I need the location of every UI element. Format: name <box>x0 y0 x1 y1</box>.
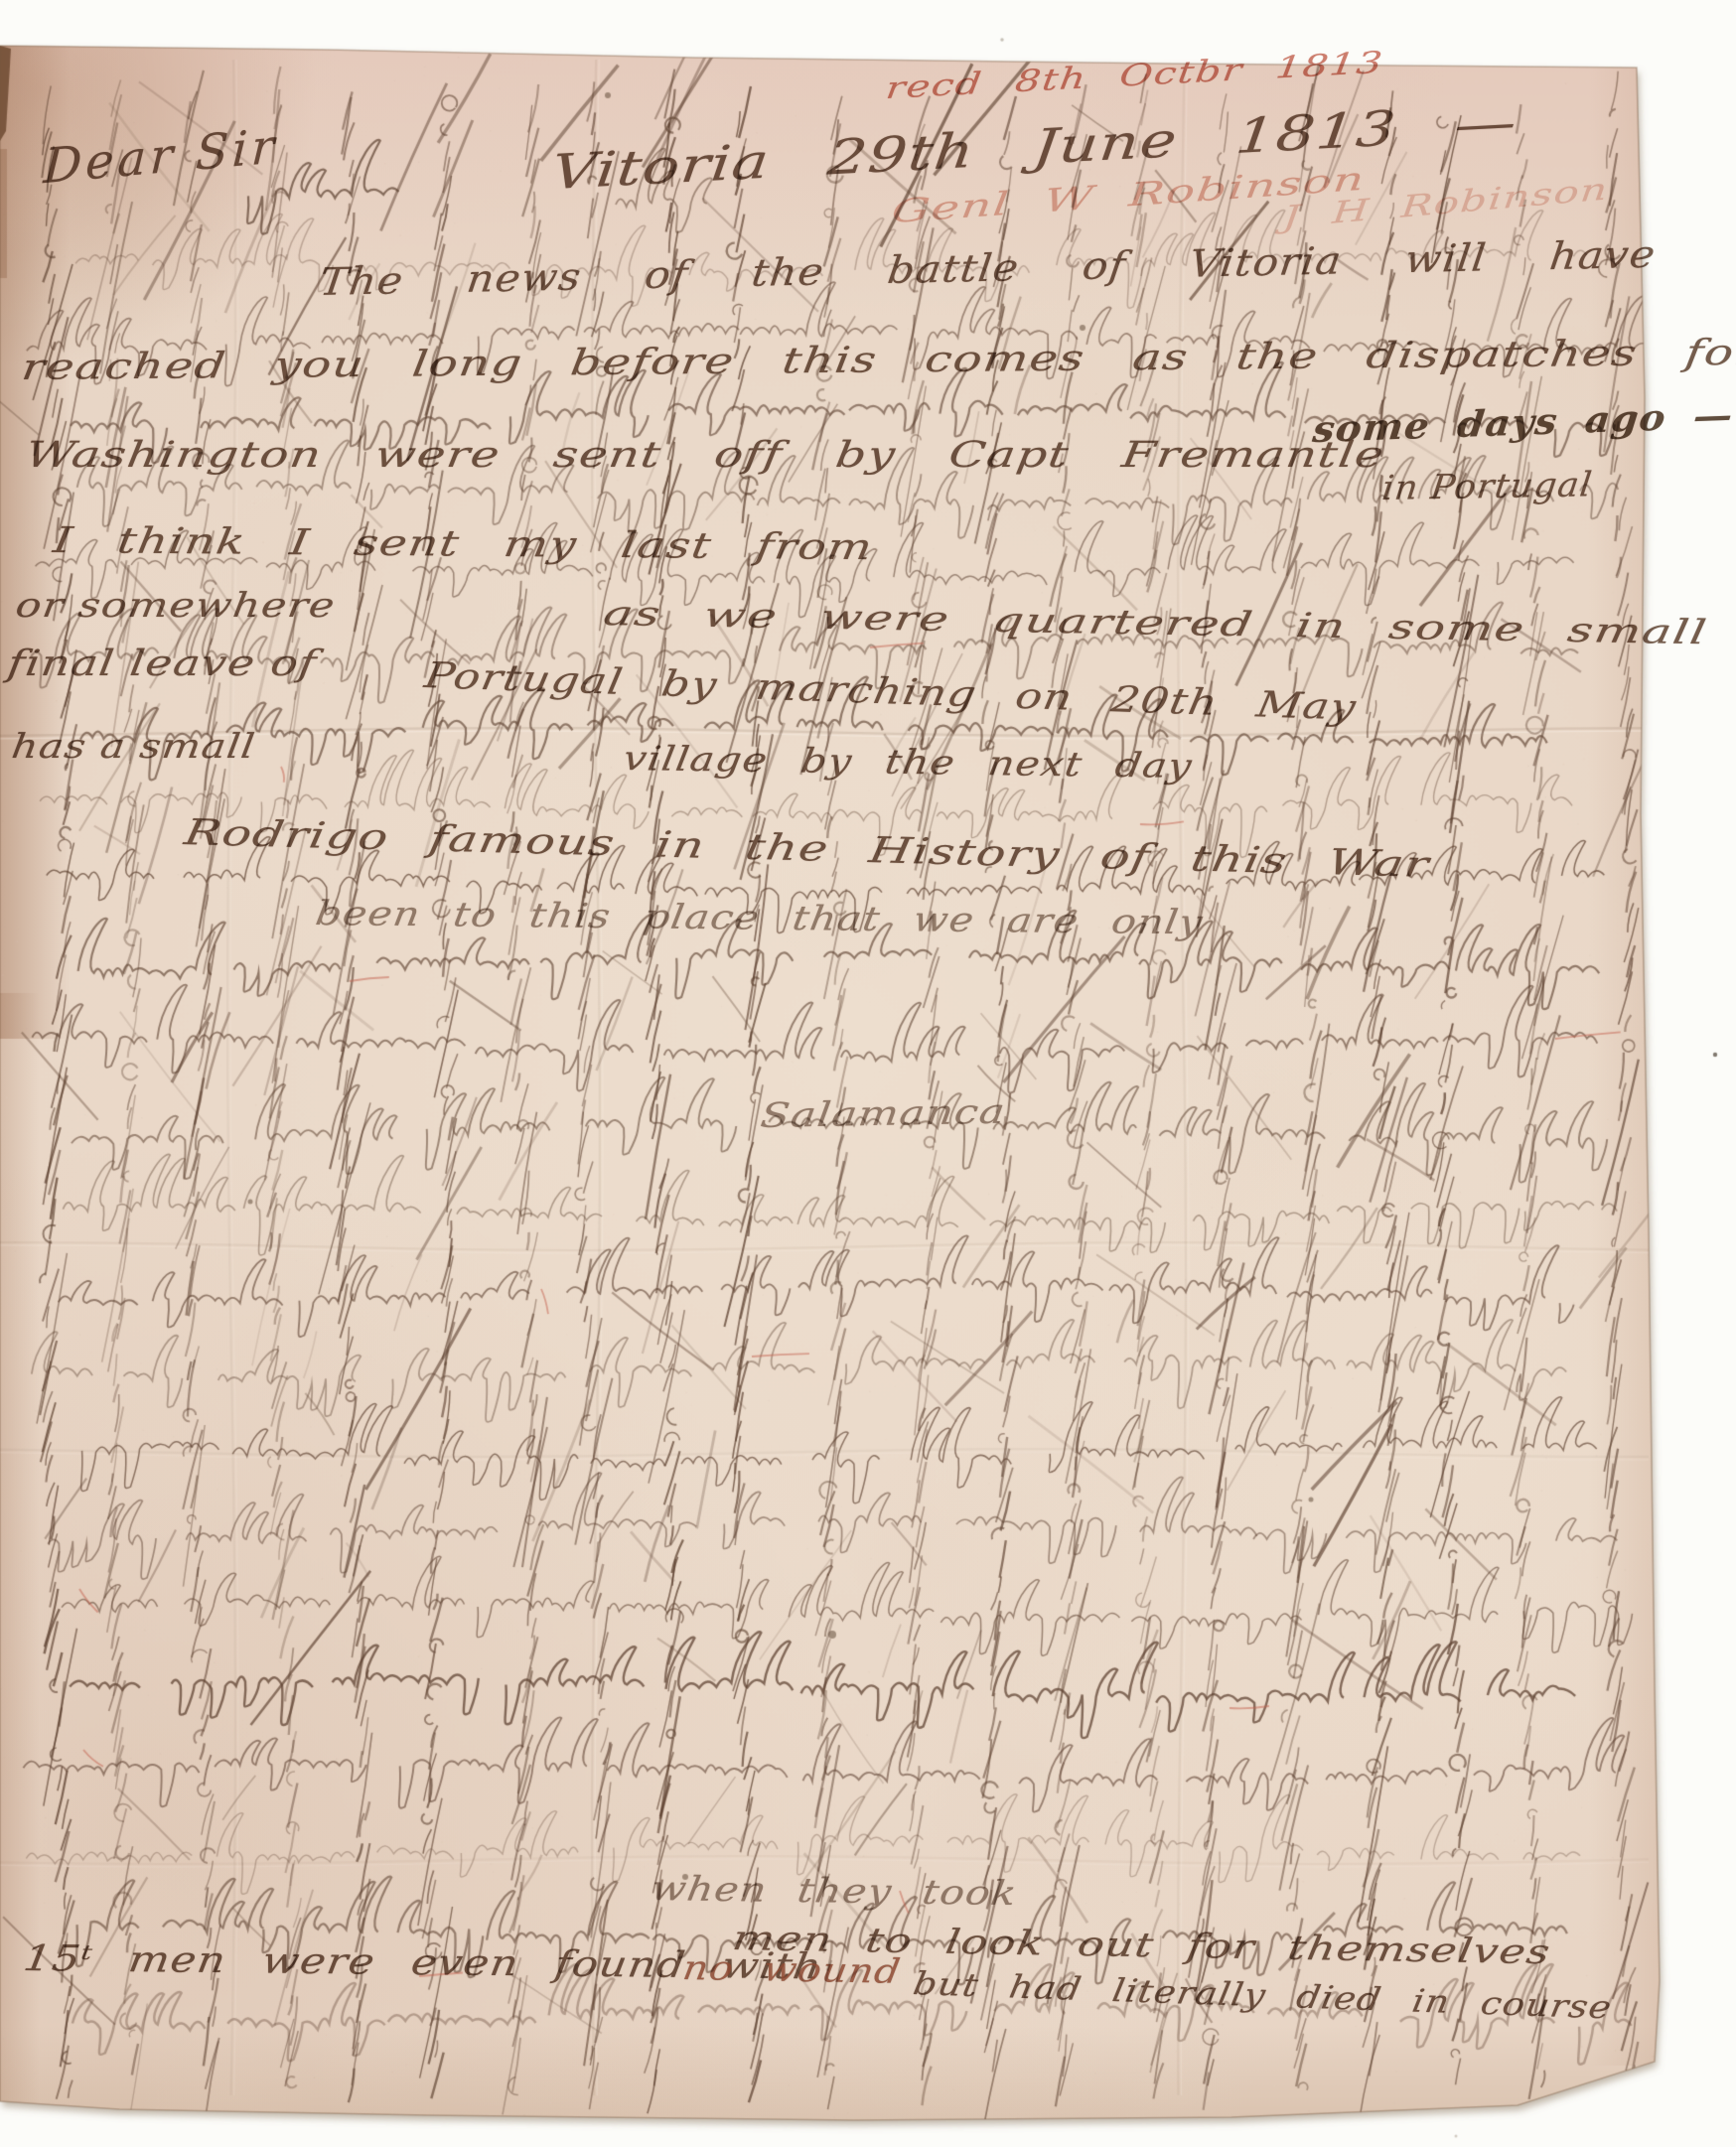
letter-photograph: Dear Sir Vitoria 29th June 1813 — recd 8… <box>0 0 1736 2147</box>
letter-artwork-canvas <box>0 0 1736 2147</box>
